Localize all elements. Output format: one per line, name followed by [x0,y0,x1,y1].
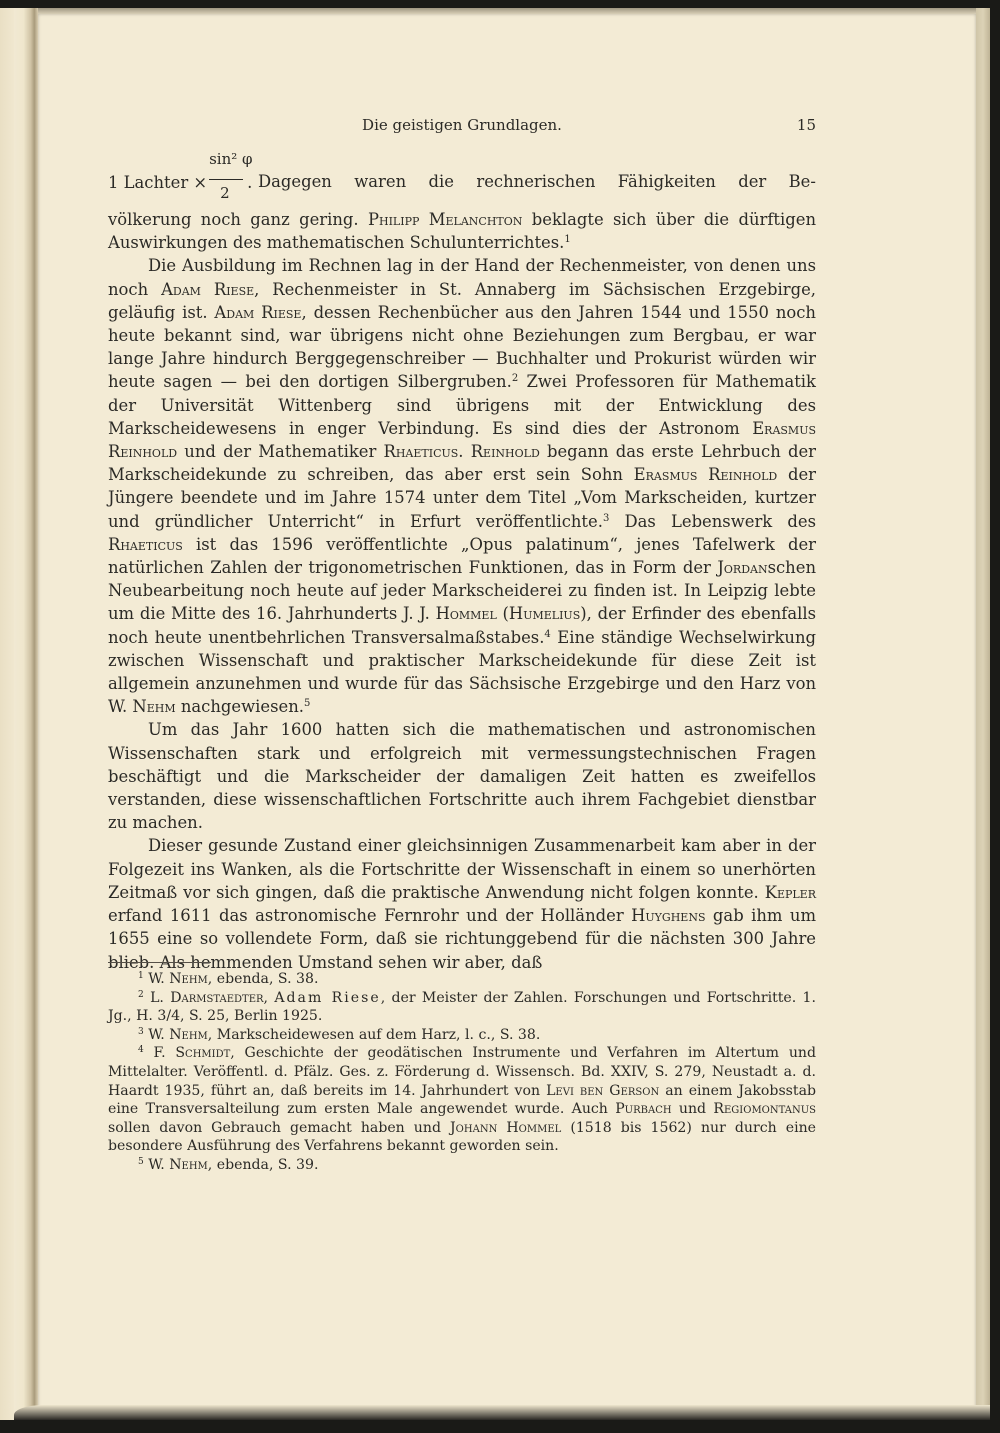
text-run: erfand 1611 das astronomische Fernrohr u… [108,906,631,925]
person-name: Rhaeticus [108,535,183,554]
fraction: sin² φ2 [209,170,243,188]
footnote-number: 4 [138,1045,144,1055]
footnote-ref: 5 [304,698,310,709]
person-name: Rhaeticus [383,442,458,461]
lachter-formula: 1 Lachter ×sin² φ2. [108,170,252,194]
paragraph: Um das Jahr 1600 hatten sich die mathema… [108,718,816,834]
word: Fähigkeiten [618,170,716,193]
page-number: 15 [797,116,816,134]
person-name: Levi ben Gerson [546,1083,659,1099]
formula-period: . [247,173,252,192]
person-name: Adam Riese [161,280,254,299]
formula-line-text: DagegenwarendierechnerischenFähigkeitend… [258,170,816,193]
book-binding-gutter [14,8,38,1420]
text-run: , Markscheidewesen auf dem Harz, l. c., … [208,1027,541,1043]
footnote-number: 2 [138,990,144,1000]
main-text: 1 Lachter ×sin² φ2. Dagegenwarendierechn… [108,150,816,974]
word: die [429,170,454,193]
person-name: Adam Riese [214,303,301,322]
person-name: Nehm [132,697,175,716]
formula-prefix: 1 Lachter × [108,173,207,192]
text-run: und der Mathematiker [177,442,383,461]
text-run: und [672,1101,714,1117]
paragraphs: völkerung noch ganz gering. Philipp Mela… [108,208,816,974]
word: der [738,170,766,193]
page-right-edge [976,8,990,1420]
text-run: , [264,990,275,1006]
paragraph: Dieser gesunde Zustand einer gleichsinni… [108,834,816,973]
text-run: nachgewiesen. [176,697,304,716]
footnote-ref: 1 [564,234,570,245]
person-name: Darmstaedter [170,990,263,1006]
word: Be- [789,170,816,193]
person-name: Nehm [169,971,208,987]
person-name: Purbach [615,1101,671,1117]
footnote: 4 F. Schmidt, Geschichte der geodätische… [108,1044,816,1156]
person-name: Jordan [717,558,767,577]
formula-line: 1 Lachter ×sin² φ2. Dagegenwarendierechn… [108,150,816,208]
person-name: Schmidt [175,1045,230,1061]
person-name: Hommel [436,604,497,623]
text-run: völkerung noch ganz gering. [108,210,368,229]
footnote: 3 W. Nehm, Markscheidewesen auf dem Harz… [108,1026,816,1045]
text-run: Um das Jahr 1600 hatten sich die mathema… [108,720,816,832]
word: waren [354,170,406,193]
running-title: Die geistigen Grundlagen. [108,116,816,134]
text-run: . [458,442,470,461]
text-run: sollen davon Gebrauch gemacht haben und [108,1120,450,1136]
text-run: ( [497,604,509,623]
person-name: Johann Hommel [450,1120,561,1136]
person-name: Kepler [765,883,816,902]
paragraph: völkerung noch ganz gering. Philipp Mela… [108,208,816,254]
fraction-bar [209,179,243,180]
person-name: Nehm [169,1157,208,1173]
text-run: L. [150,990,170,1006]
footnotes: 1 W. Nehm, ebenda, S. 38.2 L. Darmstaedt… [108,970,816,1175]
word: Dagegen [258,170,332,193]
text-run: , ebenda, S. 38. [208,971,319,987]
text-run: , ebenda, S. 39. [208,1157,319,1173]
fraction-denominator: 2 [220,182,230,205]
footnote-number: 5 [138,1157,144,1167]
footnote: 5 W. Nehm, ebenda, S. 39. [108,1156,816,1175]
text-run: F. [154,1045,176,1061]
paragraph: Die Ausbildung im Rechnen lag in der Han… [108,254,816,718]
person-name: Regiomontanus [713,1101,816,1117]
text-run: Das Lebenswerk des [609,512,816,531]
person-name: Reinhold [471,442,540,461]
page-bottom-edge [14,1405,990,1420]
person-name: Huyghens [631,906,705,925]
text-run: W. [148,971,169,987]
spaced-title: Adam Riese [274,990,380,1006]
text-run: W. [148,1027,169,1043]
text-run: W. [148,1157,169,1173]
text-run: Dieser gesunde Zustand einer gleichsinni… [108,836,816,901]
footnote-number: 1 [138,971,144,981]
word: rechnerischen [476,170,595,193]
fraction-numerator: sin² φ [209,148,252,171]
footnote: 1 W. Nehm, ebenda, S. 38. [108,970,816,989]
person-name: Erasmus Reinhold [634,465,778,484]
person-name: Humelius [509,604,580,623]
footnote: 2 L. Darmstaedter, Adam Riese, der Meist… [108,989,816,1026]
footnote-separator [108,962,211,963]
person-name: Philipp Melanchton [368,210,522,229]
text-run: ist das 1596 veröffentlichte „Opus palat… [108,535,816,577]
page-top-edge [38,8,990,14]
facing-page-edge [0,8,14,1420]
running-header: Die geistigen Grundlagen. 15 [108,116,816,138]
person-name: Nehm [169,1027,208,1043]
footnote-number: 3 [138,1027,144,1037]
